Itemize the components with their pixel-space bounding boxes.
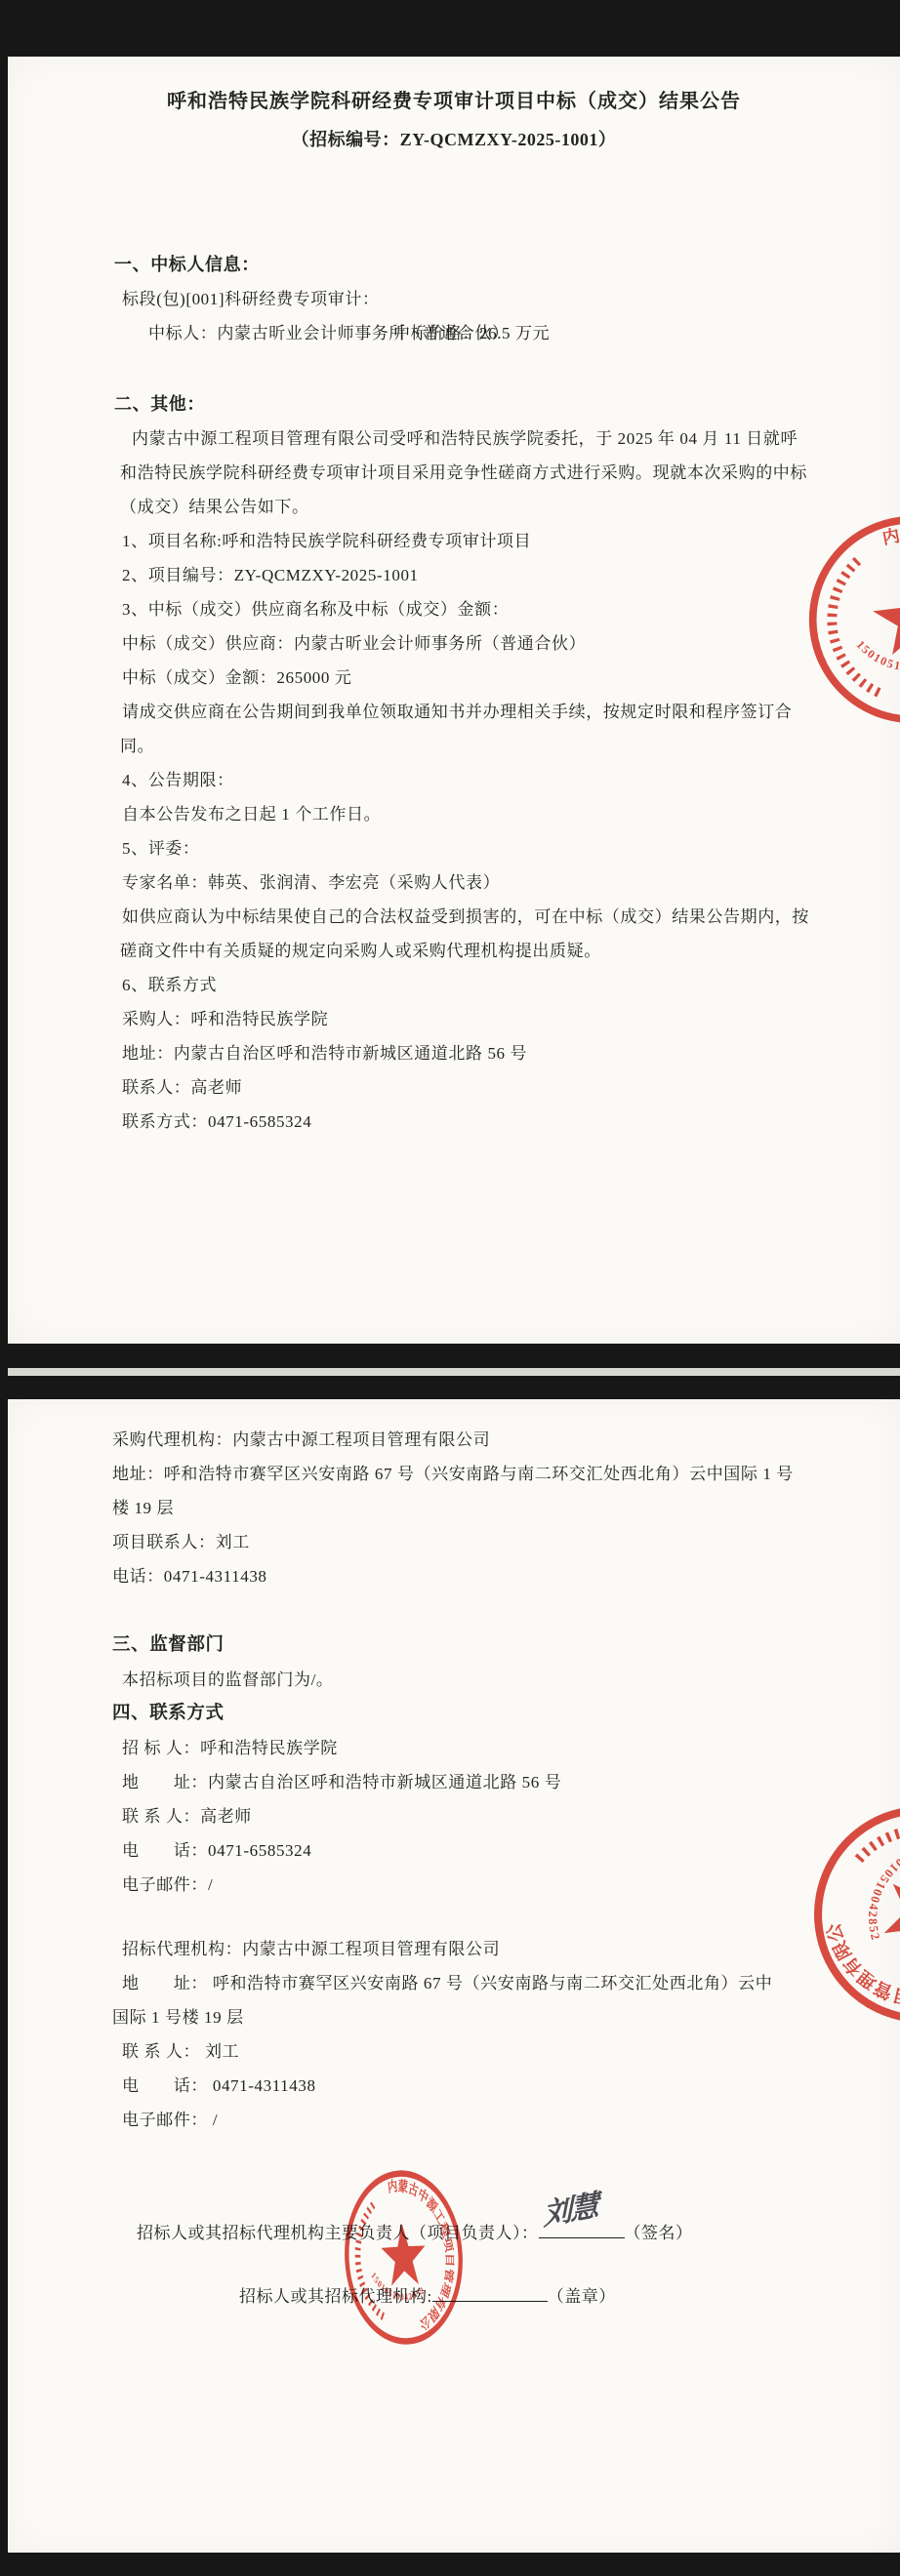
doc-line-right-text: 中标价格：26.5 万元 [393, 316, 550, 350]
doc-line-text: 专家名单：韩英、张润清、李宏亮（采购人代表） [122, 873, 500, 892]
doc-line-text: 地址：内蒙古自治区呼和浩特市新城区通道北路 56 号 [122, 1044, 527, 1063]
doc-line: 本招标项目的监督部门为/。 [8, 1663, 900, 1697]
doc-line: 自本公告发布之日起 1 个工作日。 [8, 797, 900, 831]
doc-line-text: 电 话：0471-6585324 [122, 1841, 311, 1860]
doc-line: 中标（成交）金额：265000 元 [8, 661, 900, 695]
doc-line: 标段(包)[001]科研经费专项审计： [8, 282, 900, 316]
doc-line: 采购代理机构：内蒙古中源工程项目管理有限公司 [8, 1423, 900, 1457]
doc-line: 地 址： 呼和浩特市赛罕区兴安南路 67 号（兴安南路与南二环交汇处西北角）云中 [8, 1966, 900, 2000]
document-page-1: 呼和浩特民族学院科研经费专项审计项目中标（成交）结果公告 （招标编号：ZY-QC… [8, 57, 900, 1344]
doc-line-text: 5、评委： [122, 839, 200, 858]
doc-line: 招标代理机构：内蒙古中源工程项目管理有限公司 [8, 1932, 900, 1966]
doc-line: 专家名单：韩英、张润清、李宏亮（采购人代表） [8, 865, 900, 900]
doc-line: 4、公告期限： [8, 763, 900, 797]
doc-line-text: 标段(包)[001]科研经费专项审计： [122, 290, 380, 308]
doc-line-text: 联系人：高老师 [122, 1078, 242, 1097]
doc-line: 招 标 人：呼和浩特民族学院 [8, 1731, 900, 1765]
svg-text:15010510042852: 15010510042852 [861, 1841, 900, 1949]
page-separator-strip [8, 1368, 900, 1376]
doc-line: 电话：0471-4311438 [8, 1559, 900, 1593]
seal-suffix: （盖章） [548, 2287, 616, 2306]
doc-line: 地址：呼和浩特市赛罕区兴安南路 67 号（兴安南路与南二环交汇处西北角）云中国际… [8, 1457, 900, 1491]
signature-suffix: （签名） [625, 2224, 693, 2242]
star-icon [380, 2222, 427, 2286]
doc-line-text: 楼 19 层 [112, 1499, 174, 1517]
signature-label: 招标人或其招标代理机构主要负责人（项目负责人）： [137, 2224, 539, 2242]
doc-line: 三、监督部门 [8, 1629, 900, 1663]
doc-line-text: 4、公告期限： [122, 771, 234, 789]
document-page-2: 采购代理机构：内蒙古中源工程项目管理有限公司地址：呼和浩特市赛罕区兴安南路 67… [8, 1399, 900, 2553]
doc-line-text: 6、联系方式 [122, 976, 217, 994]
doc-line: 中标人：内蒙古昕业会计师事务所（普通合伙）中标价格：26.5 万元 [8, 316, 900, 350]
doc-line: 3、中标（成交）供应商名称及中标（成交）金额： [8, 592, 900, 626]
doc-line: 电 话： 0471-4311438 [8, 2069, 900, 2103]
doc-line-text: 电 话： 0471-4311438 [122, 2076, 316, 2095]
doc-line-text: 电子邮件：/ [122, 1875, 213, 1894]
doc-line: 如供应商认为中标结果使自己的合法权益受到损害的，可在中标（成交）结果公告期内，按 [8, 900, 900, 934]
doc-line-text: 本招标项目的监督部门为/。 [122, 1670, 334, 1689]
doc-line: 四、联系方式 [8, 1697, 900, 1731]
scanned-announcement-document: { "colors": { "page_background": "#fbfaf… [0, 0, 900, 2576]
handwritten-signature: 刘慧 [542, 2192, 596, 2231]
doc-line-text: 同。 [120, 737, 154, 755]
doc-line-text: 三、监督部门 [112, 1635, 225, 1655]
doc-line-text: 地 址： 呼和浩特市赛罕区兴安南路 67 号（兴安南路与南二环交汇处西北角）云中 [122, 1974, 772, 1992]
doc-line-text: 地 址：内蒙古自治区呼和浩特市新城区通道北路 56 号 [122, 1773, 561, 1791]
doc-line-text: 如供应商认为中标结果使自己的合法权益受到损害的，可在中标（成交）结果公告期内，按 [122, 907, 809, 926]
doc-line: 国际 1 号楼 19 层 [8, 2000, 900, 2034]
doc-line: 联系人：高老师 [8, 1070, 900, 1105]
doc-line-text: 2、项目编号：ZY-QCMZXY-2025-1001 [122, 566, 419, 584]
stamp-number-text: 15010510042852 [861, 1841, 900, 1949]
doc-line-text: 磋商文件中有关质疑的规定向采购人或采购代理机构提出质疑。 [120, 942, 601, 960]
doc-line-text: （成交）结果公告如下。 [120, 498, 309, 516]
doc-line-text: 联 系 人：高老师 [122, 1807, 252, 1826]
doc-line: 项目联系人：刘工 [8, 1525, 900, 1559]
doc-line: 和浩特民族学院科研经费专项审计项目采用竞争性磋商方式进行采购。现就本次采购的中标 [8, 456, 900, 490]
doc-line: 2、项目编号：ZY-QCMZXY-2025-1001 [8, 558, 900, 592]
signature-line: 刘慧 [539, 2212, 625, 2238]
doc-line-text: 二、其他： [114, 394, 205, 414]
doc-line: 请成交供应商在公告期间到我单位领取通知书并办理相关手续，按规定时限和程序签订合 [8, 695, 900, 729]
doc-line: 同。 [8, 729, 900, 763]
doc-line: 采购人：呼和浩特民族学院 [8, 1002, 900, 1036]
doc-line-text: 招标代理机构：内蒙古中源工程项目管理有限公司 [122, 1940, 500, 1958]
doc-line-text: 国际 1 号楼 19 层 [112, 2008, 244, 2027]
doc-line: 电子邮件： / [8, 2103, 900, 2137]
doc-line: 内蒙古中源工程项目管理有限公司受呼和浩特民族学院委托，于 2025 年 04 月… [8, 422, 900, 456]
doc-line: 电 话：0471-6585324 [8, 1833, 900, 1868]
doc-line: 磋商文件中有关质疑的规定向采购人或采购代理机构提出质疑。 [8, 934, 900, 968]
doc-line: 中标（成交）供应商：内蒙古昕业会计师事务所（普通合伙） [8, 626, 900, 661]
doc-line-text: 一、中标人信息： [114, 255, 260, 274]
doc-line-text: 自本公告发布之日起 1 个工作日。 [122, 805, 381, 824]
doc-line-text: 采购代理机构：内蒙古中源工程项目管理有限公司 [112, 1430, 490, 1449]
doc-line-text: 内蒙古中源工程项目管理有限公司受呼和浩特民族学院委托，于 2025 年 04 月… [132, 429, 798, 448]
doc-line: 6、联系方式 [8, 968, 900, 1002]
doc-line-text: 地址：呼和浩特市赛罕区兴安南路 67 号（兴安南路与南二环交汇处西北角）云中国际… [112, 1465, 794, 1483]
doc-line: 二、其他： [8, 387, 900, 422]
doc-line-text: 联系方式：0471-6585324 [122, 1112, 311, 1131]
document-title: 呼和浩特民族学院科研经费专项审计项目中标（成交）结果公告 [8, 82, 900, 121]
doc-line: 地 址：内蒙古自治区呼和浩特市新城区通道北路 56 号 [8, 1765, 900, 1799]
doc-line-text: 采购人：呼和浩特民族学院 [122, 1010, 328, 1028]
doc-line: 5、评委： [8, 831, 900, 865]
doc-line: 电子邮件：/ [8, 1868, 900, 1902]
doc-line: 联系方式：0471-6585324 [8, 1105, 900, 1139]
doc-line-text: 中标（成交）供应商：内蒙古昕业会计师事务所（普通合伙） [122, 634, 586, 653]
star-icon [870, 575, 900, 656]
company-seal-stamp-icon: 内蒙古中源工程项目管理有限公司 15010510042852 [338, 2164, 470, 2351]
doc-line-text: 招 标 人：呼和浩特民族学院 [122, 1739, 338, 1757]
doc-line-text: 联 系 人： 刘工 [122, 2042, 239, 2061]
doc-line: 楼 19 层 [8, 1491, 900, 1525]
doc-line-text: 1、项目名称:呼和浩特民族学院科研经费专项审计项目 [122, 532, 531, 550]
page2-body: 采购代理机构：内蒙古中源工程项目管理有限公司地址：呼和浩特市赛罕区兴安南路 67… [8, 1423, 900, 2137]
doc-line: 联 系 人：高老师 [8, 1799, 900, 1833]
doc-line: 联 系 人： 刘工 [8, 2034, 900, 2069]
doc-line-text: 中标（成交）金额：265000 元 [122, 668, 351, 687]
doc-line-text: 电子邮件： / [122, 2111, 218, 2129]
doc-line-text: 和浩特民族学院科研经费专项审计项目采用竞争性磋商方式进行采购。现就本次采购的中标 [120, 463, 807, 482]
mongolian-script-arc [355, 2204, 385, 2318]
doc-line-text: 项目联系人：刘工 [112, 1533, 250, 1551]
page1-body: 一、中标人信息：标段(包)[001]科研经费专项审计：中标人：内蒙古昕业会计师事… [8, 248, 900, 1139]
doc-line: 地址：内蒙古自治区呼和浩特市新城区通道北路 56 号 [8, 1036, 900, 1070]
doc-line-text: 请成交供应商在公告期间到我单位领取通知书并办理相关手续，按规定时限和程序签订合 [122, 703, 792, 721]
tender-number-subtitle: （招标编号：ZY-QCMZXY-2025-1001） [8, 121, 900, 158]
doc-line-text: 3、中标（成交）供应商名称及中标（成交）金额： [122, 600, 509, 619]
doc-line: （成交）结果公告如下。 [8, 490, 900, 524]
doc-line-text: 四、联系方式 [112, 1704, 225, 1723]
doc-line: 一、中标人信息： [8, 248, 900, 282]
doc-line-text: 电话：0471-4311438 [112, 1567, 267, 1586]
doc-line: 1、项目名称:呼和浩特民族学院科研经费专项审计项目 [8, 524, 900, 558]
